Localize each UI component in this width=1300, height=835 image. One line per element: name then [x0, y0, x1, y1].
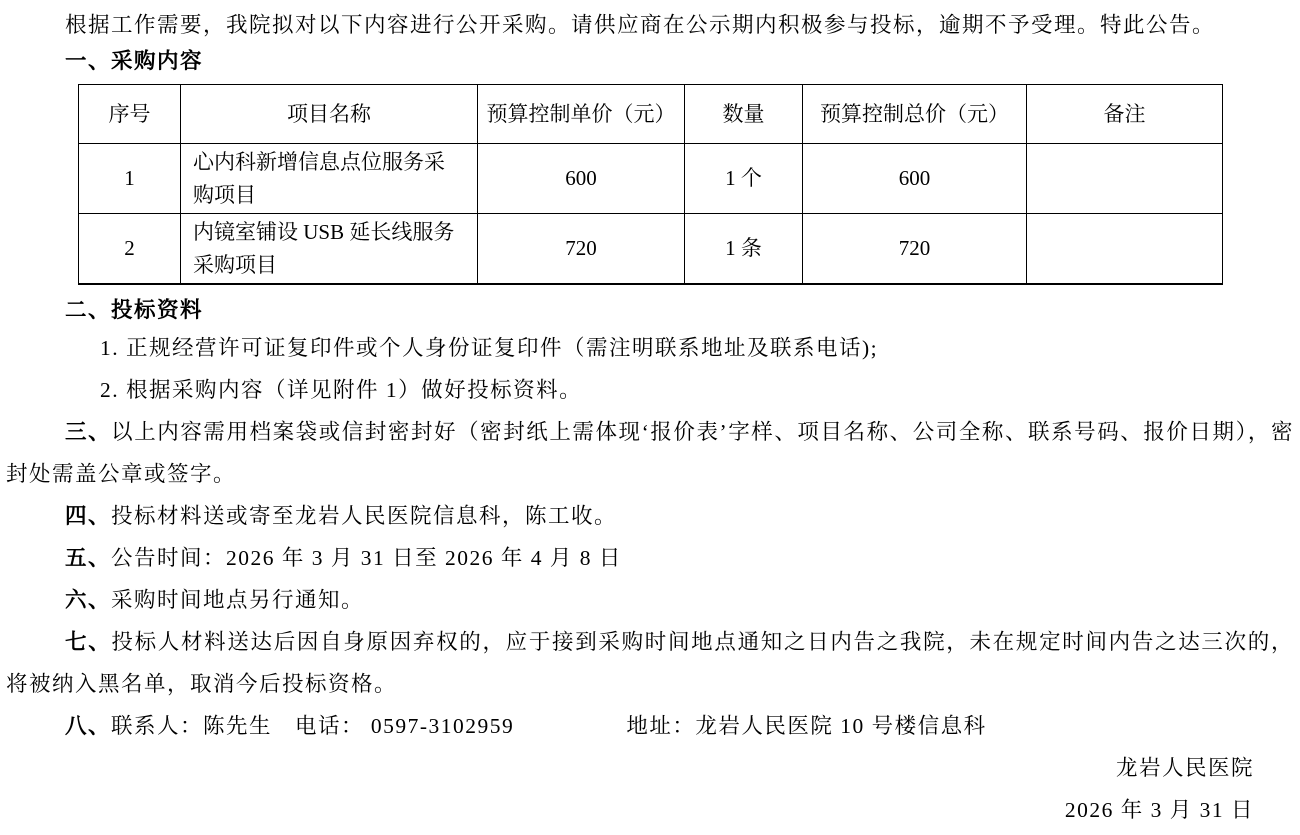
cell-project-name: 心内科新增信息点位服务采购项目 — [181, 144, 478, 214]
section-4-number: 四、 — [65, 504, 111, 528]
section-6-text: 采购时间地点另行通知。 — [111, 588, 364, 612]
cell-quantity: 1 条 — [685, 214, 803, 285]
cell-project-name: 内镜室铺设 USB 延长线服务采购项目 — [181, 214, 478, 285]
section-2-item-1: 1. 正规经营许可证复印件或个人身份证复印件（需注明联系地址及联系电话); — [6, 327, 1294, 369]
cell-total-price: 720 — [803, 214, 1027, 285]
section-8-contact: 联系人：陈先生 电话： 0597-3102959 — [111, 714, 514, 738]
col-header-total-price: 预算控制总价（元） — [803, 85, 1027, 144]
signature-date: 2026 年 3 月 31 日 — [6, 789, 1294, 831]
section-1-heading: 一、采购内容 — [6, 44, 1294, 78]
procurement-table: 序号 项目名称 预算控制单价（元） 数量 预算控制总价（元） 备注 1 心内科新… — [78, 84, 1223, 285]
cell-total-price: 600 — [803, 144, 1027, 214]
intro-paragraph: 根据工作需要，我院拟对以下内容进行公开采购。请供应商在公示期内积极参与投标，逾期… — [6, 6, 1294, 44]
section-3-number: 三、 — [65, 420, 111, 444]
table-row: 1 心内科新增信息点位服务采购项目 600 1 个 600 — [79, 144, 1223, 214]
table-header-row: 序号 项目名称 预算控制单价（元） 数量 预算控制总价（元） 备注 — [79, 85, 1223, 144]
section-7-number: 七、 — [65, 630, 111, 654]
section-7-text: 投标人材料送达后因自身原因弃权的，应于接到采购时间地点通知之日内告之我院，未在规… — [6, 630, 1294, 696]
cell-index: 1 — [79, 144, 181, 214]
section-6: 六、采购时间地点另行通知。 — [6, 579, 1294, 621]
section-5: 五、公告时间：2026 年 3 月 31 日至 2026 年 4 月 8 日 — [6, 537, 1294, 579]
col-header-index: 序号 — [79, 85, 181, 144]
signature-org: 龙岩人民医院 — [6, 747, 1294, 789]
section-3-text: 以上内容需用档案袋或信封密封好（密封纸上需体现‘报价表’字样、项目名称、公司全称… — [6, 420, 1294, 486]
section-4-text: 投标材料送或寄至龙岩人民医院信息科，陈工收。 — [111, 504, 617, 528]
section-2-heading: 二、投标资料 — [6, 293, 1294, 327]
col-header-unit-price: 预算控制单价（元） — [478, 85, 685, 144]
cell-unit-price: 600 — [478, 144, 685, 214]
section-8: 八、联系人：陈先生 电话： 0597-3102959地址：龙岩人民医院 10 号… — [6, 705, 1294, 747]
section-8-number: 八、 — [65, 714, 111, 738]
col-header-project-name: 项目名称 — [181, 85, 478, 144]
col-header-quantity: 数量 — [685, 85, 803, 144]
document-page: 根据工作需要，我院拟对以下内容进行公开采购。请供应商在公示期内积极参与投标，逾期… — [0, 0, 1300, 835]
cell-unit-price: 720 — [478, 214, 685, 285]
cell-index: 2 — [79, 214, 181, 285]
section-8-address: 地址：龙岩人民医院 10 号楼信息科 — [626, 714, 986, 738]
section-3: 三、以上内容需用档案袋或信封密封好（密封纸上需体现‘报价表’字样、项目名称、公司… — [6, 411, 1294, 495]
section-5-number: 五、 — [65, 546, 111, 570]
section-6-number: 六、 — [65, 588, 111, 612]
section-4: 四、投标材料送或寄至龙岩人民医院信息科，陈工收。 — [6, 495, 1294, 537]
cell-quantity: 1 个 — [685, 144, 803, 214]
section-5-text: 公告时间：2026 年 3 月 31 日至 2026 年 4 月 8 日 — [111, 546, 622, 570]
table-row: 2 内镜室铺设 USB 延长线服务采购项目 720 1 条 720 — [79, 214, 1223, 285]
section-2-item-2: 2. 根据采购内容（详见附件 1）做好投标资料。 — [6, 369, 1294, 411]
col-header-remark: 备注 — [1027, 85, 1223, 144]
section-7: 七、投标人材料送达后因自身原因弃权的，应于接到采购时间地点通知之日内告之我院，未… — [6, 621, 1294, 705]
cell-remark — [1027, 214, 1223, 285]
cell-remark — [1027, 144, 1223, 214]
